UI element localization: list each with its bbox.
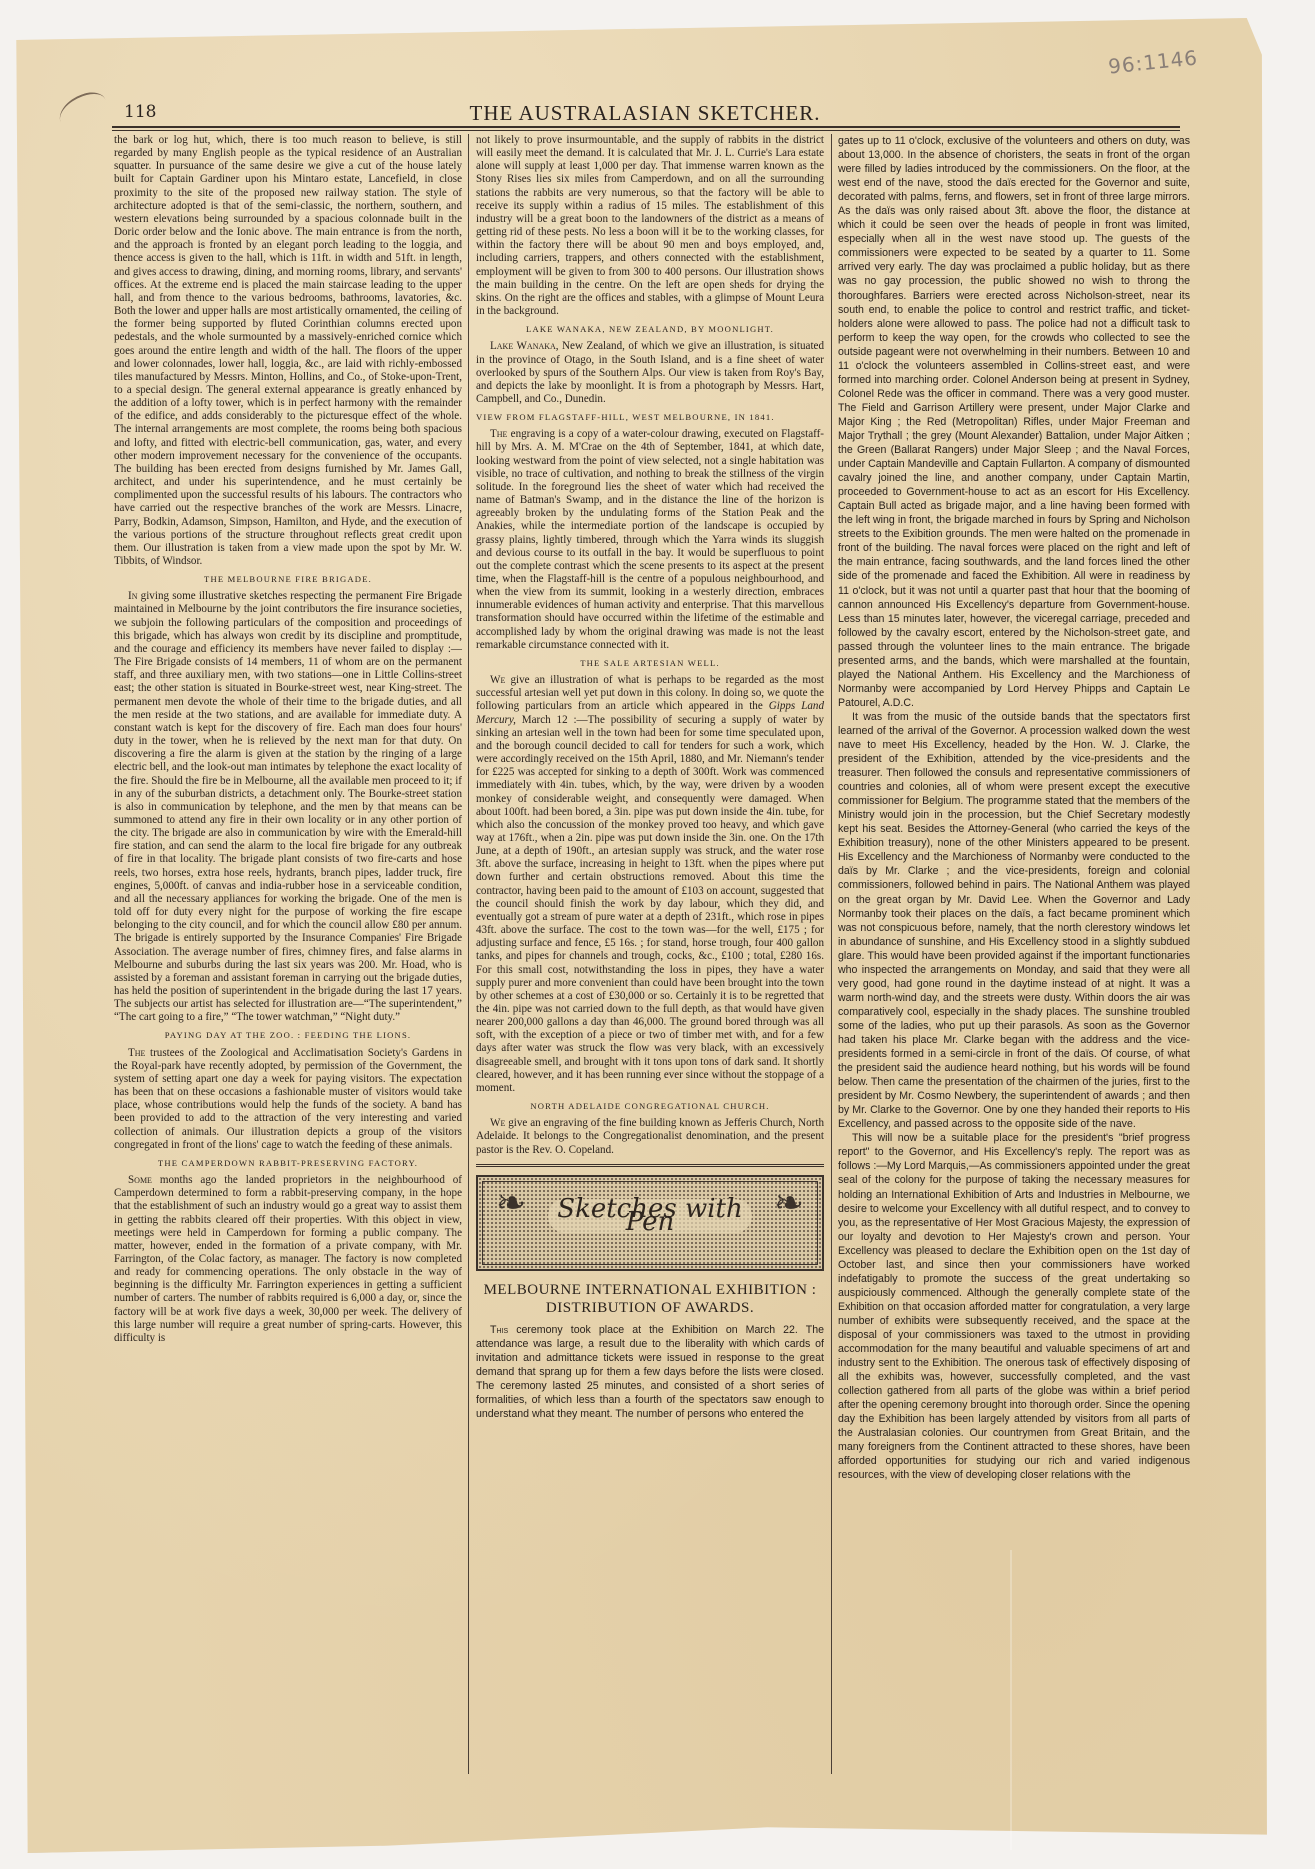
heading-congregational-church: NORTH ADELAIDE CONGREGATIONAL CHURCH. [476, 1100, 824, 1113]
article-zoo: The trustees of the Zoological and Accli… [114, 1047, 462, 1152]
article-congregational-church: We give an engraving of the fine buildin… [476, 1117, 824, 1156]
paper-fold-crease [1010, 1550, 1012, 1850]
article-lake-wanaka: Lake Wanaka, New Zealand, of which we gi… [476, 340, 824, 406]
banner-title: Sketches with Pen [548, 1199, 752, 1233]
column-3: gates up to 11 o'clock, exclusive of the… [838, 134, 1190, 1483]
heading-fire-brigade: THE MELBOURNE FIRE BRIGADE. [114, 573, 462, 586]
section-divider [476, 1164, 824, 1167]
exhibition-paragraph-2: It was from the music of the outside ban… [838, 710, 1190, 1131]
column-divider [831, 134, 832, 1774]
exhibition-paragraph-1: gates up to 11 o'clock, exclusive of the… [838, 134, 1190, 710]
article-exhibition: This ceremony took place at the Exhibiti… [476, 1323, 824, 1421]
heading-lake-wanaka: LAKE WANAKA, NEW ZEALAND, BY MOONLIGHT. [476, 323, 824, 336]
page-header: 118 THE AUSTRALASIAN SKETCHER. [110, 98, 1180, 134]
sketches-with-pen-banner: ❧ ❧ Sketches with Pen [476, 1175, 824, 1271]
article-mintaro-house: the bark or log hut, which, there is too… [114, 134, 462, 568]
column-2: not likely to prove insurmountable, and … [476, 134, 824, 1421]
masthead-title: THE AUSTRALASIAN SKETCHER. [110, 101, 1180, 126]
article-rabbit-factory: Some months ago the landed proprietors i… [114, 1174, 462, 1345]
article-rabbit-continued: not likely to prove insurmountable, and … [476, 134, 824, 318]
header-rule-thin [112, 130, 1180, 131]
article-flagstaff-hill: The engraving is a copy of a water-colou… [476, 428, 824, 652]
cherub-left-icon: ❧ [496, 1197, 526, 1210]
heading-flagstaff-hill: VIEW FROM FLAGSTAFF-HILL, WEST MELBOURNE… [476, 411, 824, 424]
heading-artesian-well: THE SALE ARTESIAN WELL. [476, 657, 824, 670]
heading-zoo: PAYING DAY AT THE ZOO. : FEEDING THE LIO… [114, 1029, 462, 1042]
article-artesian-well: We give an illustration of what is perha… [476, 674, 824, 1095]
exhibition-paragraph-3: This will now be a suitable place for th… [838, 1131, 1190, 1482]
heading-rabbit-factory: THE CAMPERDOWN RABBIT-PRESERVING FACTORY… [114, 1157, 462, 1170]
cherub-right-icon: ❧ [774, 1197, 804, 1210]
article-fire-brigade: In giving some illustrative sketches res… [114, 590, 462, 1024]
header-rule [112, 126, 1180, 128]
heading-exhibition: MELBOURNE INTERNATIONAL EXHIBITION : DIS… [476, 1281, 824, 1317]
column-divider [468, 134, 469, 1774]
column-1: the bark or log hut, which, there is too… [114, 134, 462, 1345]
